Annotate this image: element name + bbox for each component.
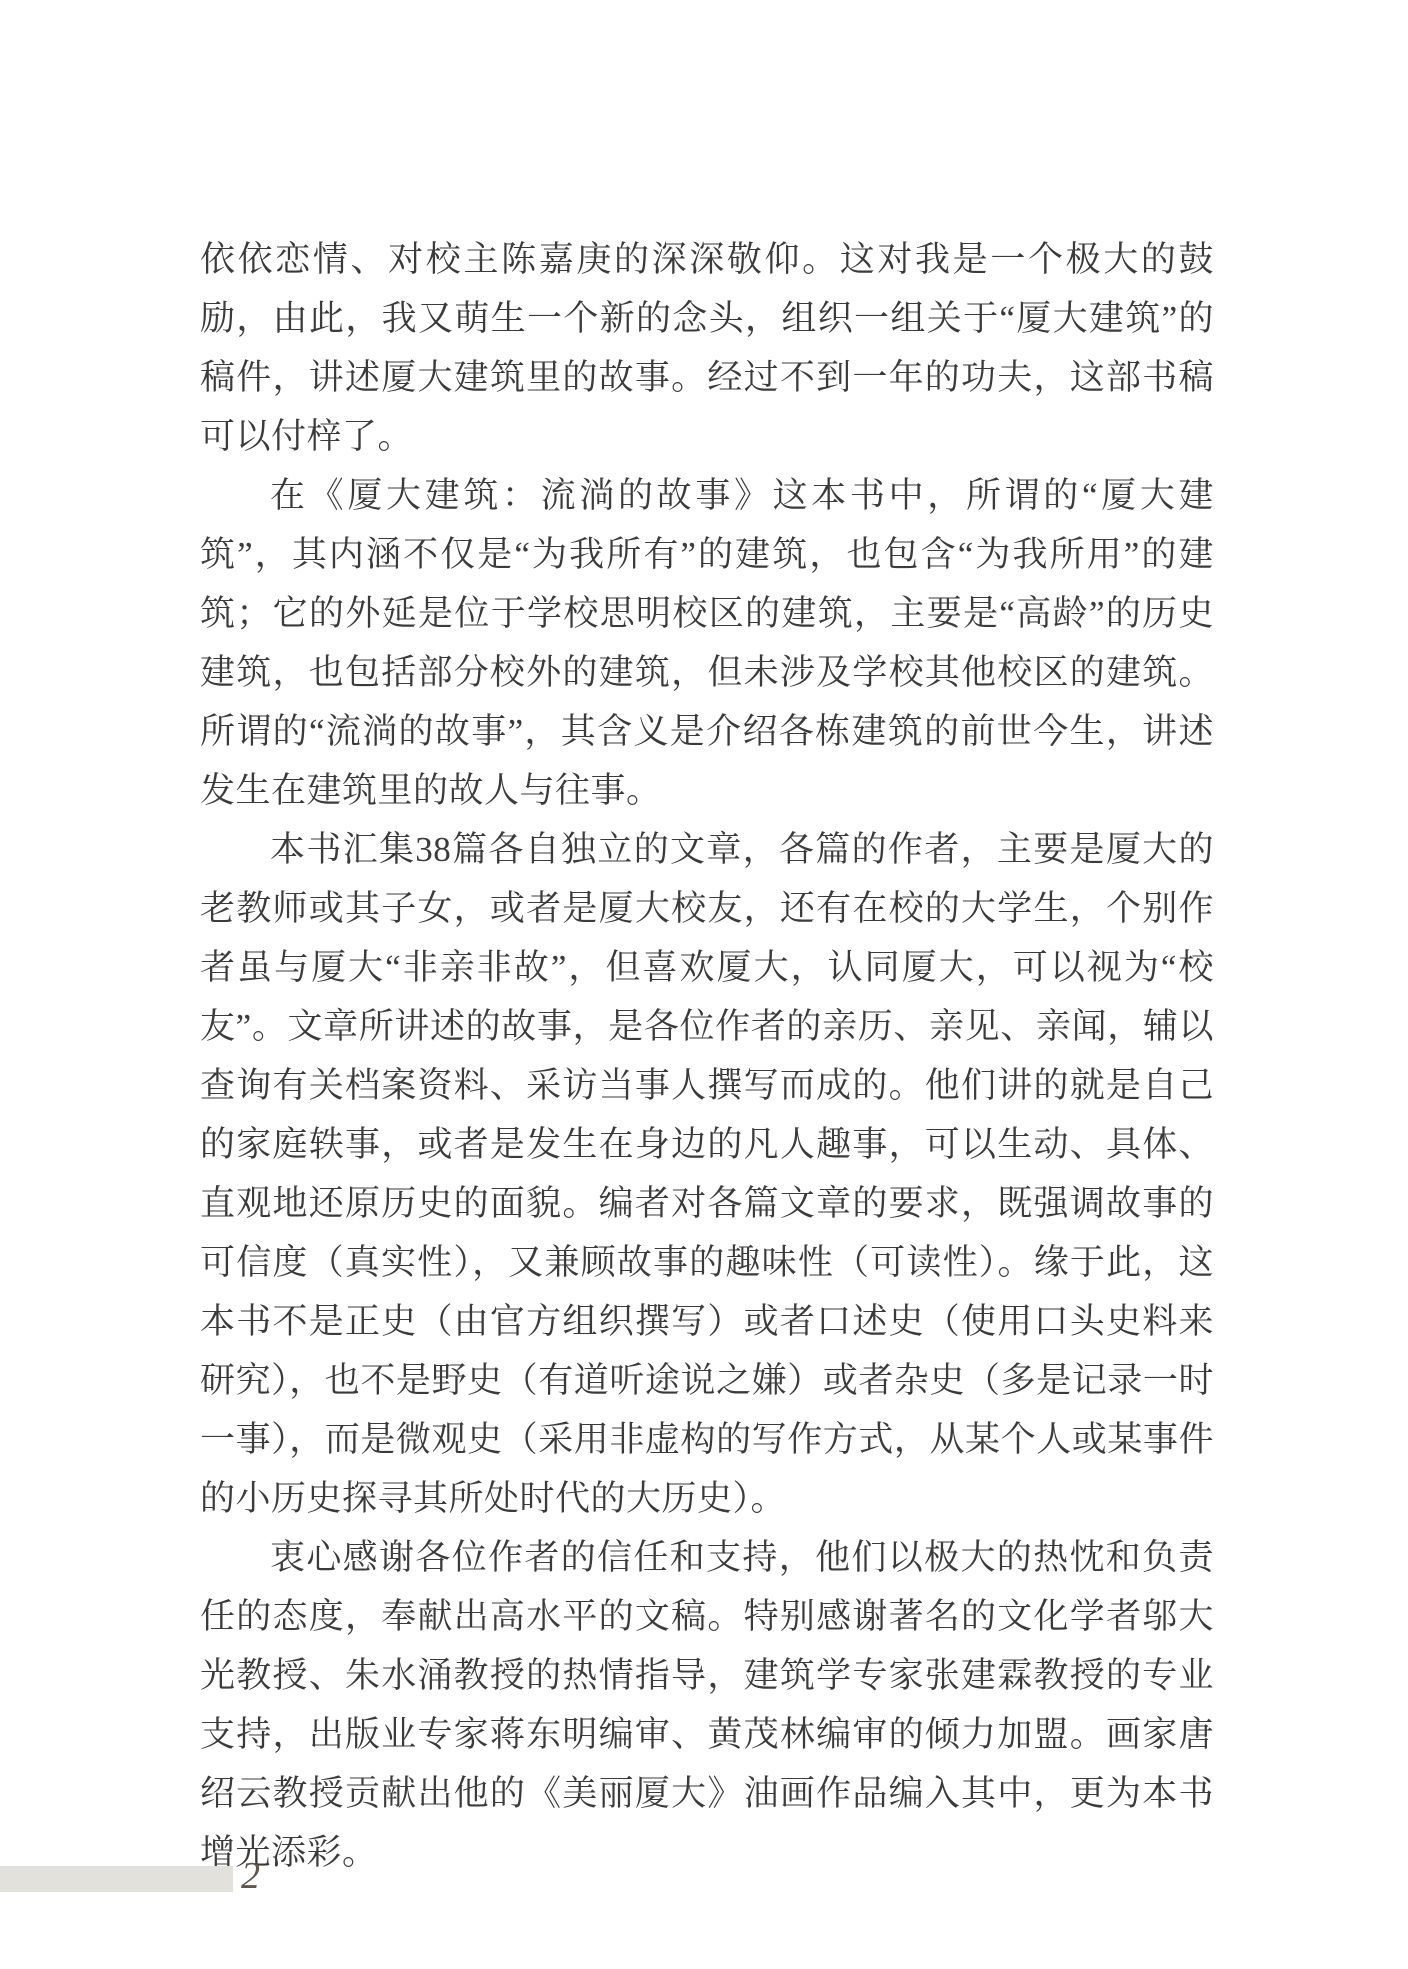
paragraph-continuation: 依依恋情、对校主陈嘉庚的深深敬仰。这对我是一个极大的鼓励，由此，我又萌生一个新的… [200, 230, 1214, 466]
paragraph-book-definition: 在《厦大建筑：流淌的故事》这本书中，所谓的“厦大建筑”，其内涵不仅是“为我所有”… [200, 466, 1214, 820]
book-page: 依依恋情、对校主陈嘉庚的深深敬仰。这对我是一个极大的鼓励，由此，我又萌生一个新的… [0, 0, 1408, 1969]
paragraph-articles-overview: 本书汇集38篇各自独立的文章，各篇的作者，主要是厦大的老教师或其子女，或者是厦大… [200, 820, 1214, 1528]
footer-decoration-bar [0, 1866, 233, 1892]
body-text: 依依恋情、对校主陈嘉庚的深深敬仰。这对我是一个极大的鼓励，由此，我又萌生一个新的… [200, 230, 1214, 1882]
page-number: 2 [241, 1856, 260, 1896]
paragraph-acknowledgements: 衷心感谢各位作者的信任和支持，他们以极大的热忱和负责任的态度，奉献出高水平的文稿… [200, 1528, 1214, 1882]
